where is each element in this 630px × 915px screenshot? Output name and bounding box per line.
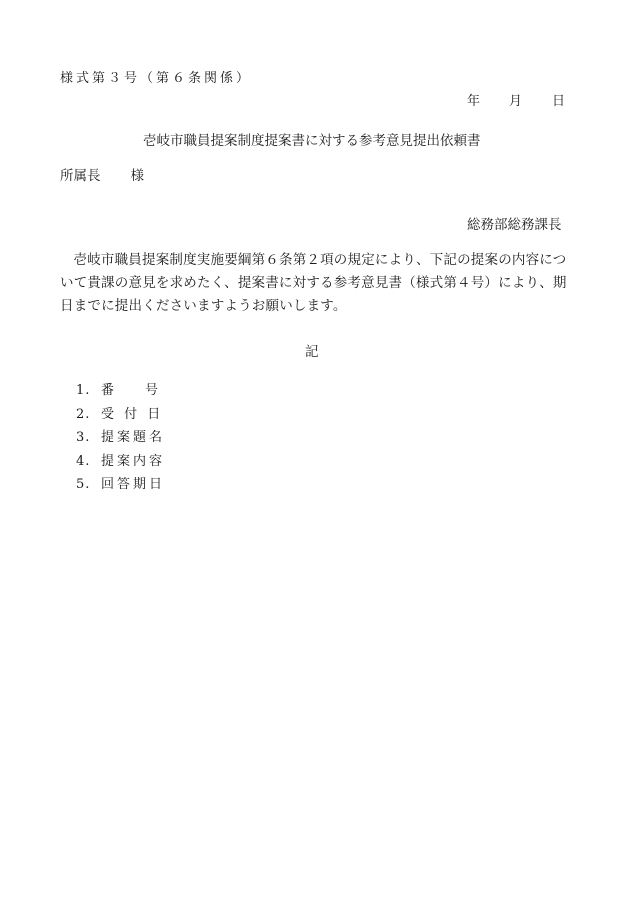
document-title: 壱岐市職員提案制度提案書に対する参考意見提出依頼書 — [143, 129, 481, 149]
date-day-label: 日 — [552, 90, 565, 109]
item-label: 提案内容 — [101, 450, 165, 474]
ki-heading: 記 — [305, 340, 319, 360]
addressee: 所属長様 — [60, 164, 144, 184]
list-item: 3. 提案題名 — [76, 426, 165, 450]
list-item: 5. 回答期日 — [76, 473, 165, 497]
sender: 総務部総務課長 — [467, 213, 562, 233]
date-year-label: 年 — [467, 90, 509, 109]
item-number: 2. — [76, 403, 101, 427]
list-item: 2. 受 付 日 — [76, 403, 165, 427]
form-number: 様式第３号（第６条関係） — [60, 67, 252, 86]
item-number: 4. — [76, 450, 101, 474]
addressee-name: 所属長 — [60, 168, 101, 184]
date-month-label: 月 — [509, 90, 552, 109]
item-label: 提案題名 — [101, 426, 165, 450]
item-label: 受 付 日 — [101, 403, 163, 427]
list-item: 4. 提案内容 — [76, 450, 165, 474]
body-paragraph: 壱岐市職員提案制度実施要綱第６条第２項の規定により、下記の提案の内容について貴課… — [60, 249, 580, 318]
item-number: 1. — [76, 379, 101, 403]
item-number: 3. — [76, 426, 101, 450]
addressee-honorific: 様 — [131, 168, 145, 184]
item-list: 1. 番号 2. 受 付 日 3. 提案題名 4. 提案内容 5. 回答期日 — [76, 379, 165, 497]
date-line: 年 月 日 — [467, 90, 565, 109]
list-item: 1. 番号 — [76, 379, 165, 403]
item-label: 回答期日 — [101, 473, 165, 497]
body-text: 壱岐市職員提案制度実施要綱第６条第２項の規定により、下記の提案の内容について貴課… — [60, 249, 580, 318]
item-number: 5. — [76, 473, 101, 497]
item-label: 番号 — [101, 379, 158, 403]
